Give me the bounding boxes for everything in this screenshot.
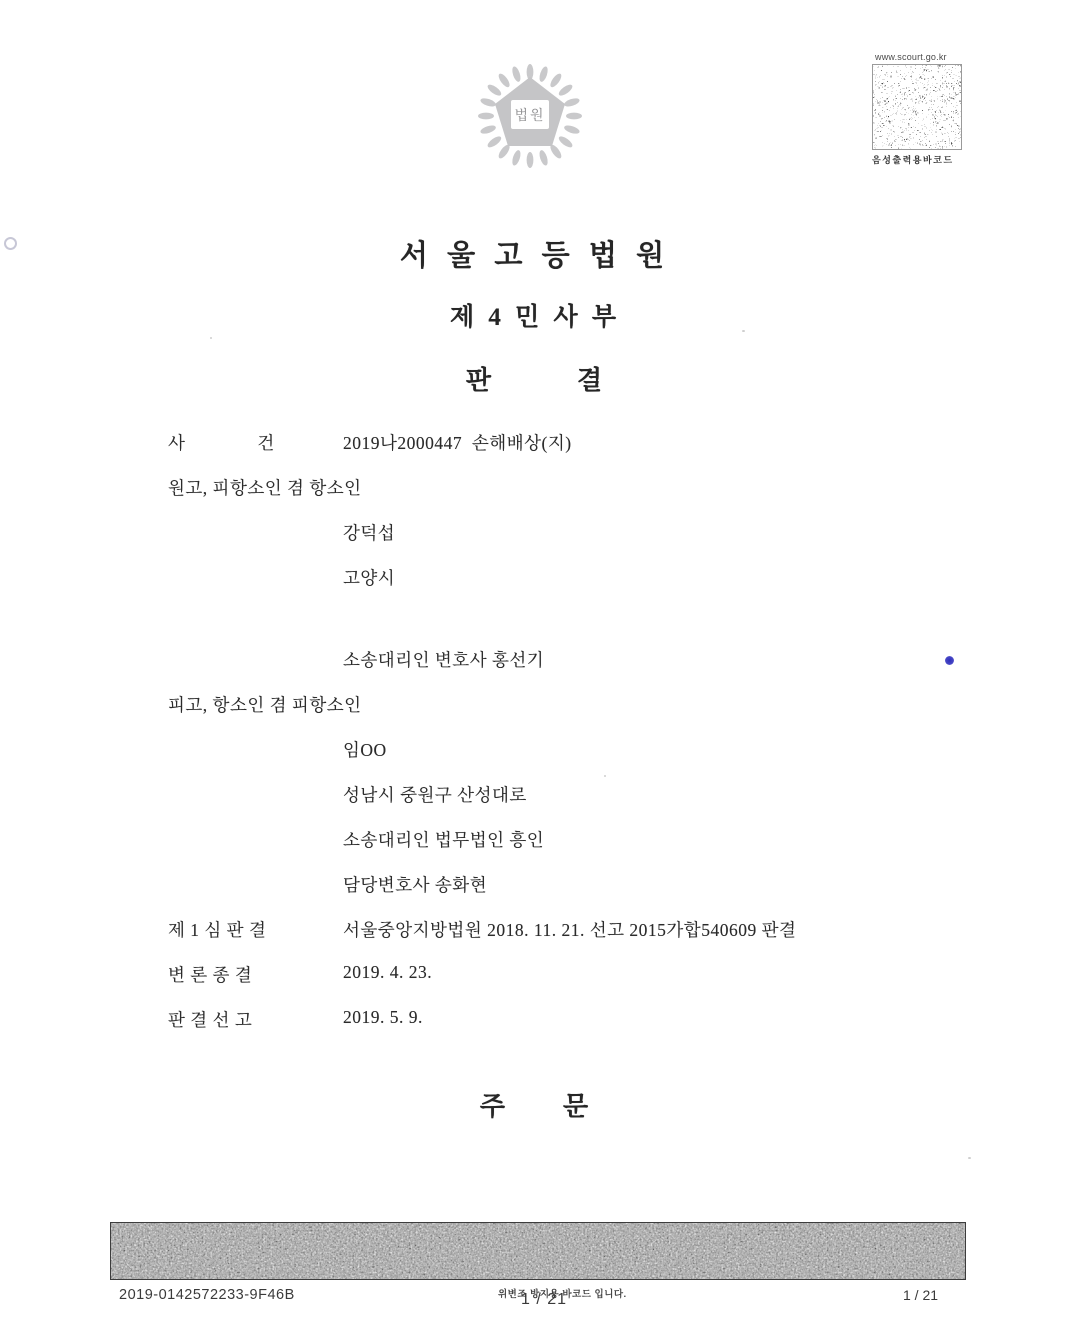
court-emblem: 법원 <box>460 60 600 170</box>
plaintiff-address-row: 고양시 <box>168 565 1000 610</box>
case-number-row: 사 건 2019나2000447 손해배상(지) <box>168 430 1000 475</box>
plaintiff-name: 강덕섭 <box>168 520 395 545</box>
plaintiff-header: 원고, 피항소인 겸 항소인 <box>168 475 362 500</box>
page-number-center: 1 / 21 <box>521 1291 567 1309</box>
hearing-closed-label: 변 론 종 결 <box>168 962 343 987</box>
judgment-date-row: 판 결 선 고 2019. 5. 9. <box>168 1007 1000 1052</box>
case-number-label: 사 건 <box>168 430 343 455</box>
defendant-address: 성남시 중원구 산성대로 <box>168 782 527 807</box>
plaintiff-address: 고양시 <box>168 565 395 590</box>
case-number-value: 2019나2000447 손해배상(지) <box>343 430 572 455</box>
voice-barcode-caption: 음성출력용바코드 <box>872 153 966 166</box>
hearing-closed-row: 변 론 종 결 2019. 4. 23. <box>168 962 1000 1007</box>
first-instance-row: 제 1 심 판 결 서울중앙지방법원 2018. 11. 21. 선고 2015… <box>168 917 1000 962</box>
hearing-closed-value: 2019. 4. 23. <box>343 962 432 983</box>
defendant-name: 임OO <box>168 737 387 762</box>
defendant-counsel: 소송대리인 법무법인 흥인 <box>168 827 544 852</box>
court-title: 서 울 고 등 법 원 <box>0 233 1070 274</box>
voice-barcode-block: www.scourt.go.kr 음성출력용바코드 <box>872 52 966 166</box>
judgment-document-page: 법원 www.scourt.go.kr 음성출력용바코드 서 울 고 등 법 <box>0 0 1070 1325</box>
scan-speck <box>742 330 745 332</box>
plaintiff-counsel-row: 소송대리인 변호사 홍선기 <box>168 647 1000 692</box>
defendant-name-row: 임OO <box>168 737 1000 782</box>
scourt-url-label: www.scourt.go.kr <box>875 52 966 62</box>
case-info-block: 사 건 2019나2000447 손해배상(지) 원고, 피항소인 겸 항소인 … <box>168 430 1000 1052</box>
plaintiff-counsel: 소송대리인 변호사 홍선기 <box>168 647 544 672</box>
document-id: 2019-0142572233-9F46B <box>119 1287 295 1303</box>
division-title: 제 4 민 사 부 <box>0 297 1070 333</box>
scan-speck <box>968 1157 971 1159</box>
first-instance-value: 서울중앙지방법원 2018. 11. 21. 선고 2015가합540609 판… <box>343 917 796 942</box>
emblem-label: 법원 <box>514 107 545 123</box>
judgment-date-label: 판 결 선 고 <box>168 1007 343 1032</box>
ink-dot-mark <box>945 656 954 665</box>
disposition-heading: 주 문 <box>0 1086 1070 1123</box>
voice-barcode-image <box>872 64 962 150</box>
judgment-date-value: 2019. 5. 9. <box>343 1007 423 1028</box>
first-instance-label: 제 1 심 판 결 <box>168 917 343 942</box>
page-number-right: 1 / 21 <box>903 1287 938 1303</box>
defendant-attorney-row: 담당변호사 송화현 <box>168 872 1000 917</box>
defendant-attorney: 담당변호사 송화현 <box>168 872 487 897</box>
scan-speck <box>604 775 606 777</box>
defendant-header-row: 피고, 항소인 겸 피항소인 <box>168 692 1000 737</box>
anti-forgery-barcode-strip <box>110 1222 966 1280</box>
plaintiff-header-row: 원고, 피항소인 겸 항소인 <box>168 475 1000 520</box>
defendant-header: 피고, 항소인 겸 피항소인 <box>168 692 362 717</box>
plaintiff-name-row: 강덕섭 <box>168 520 1000 565</box>
scan-speck <box>210 337 212 339</box>
defendant-counsel-row: 소송대리인 법무법인 흥인 <box>168 827 1000 872</box>
defendant-address-row: 성남시 중원구 산성대로 <box>168 782 1000 827</box>
judgment-title: 판 결 <box>0 360 1070 397</box>
